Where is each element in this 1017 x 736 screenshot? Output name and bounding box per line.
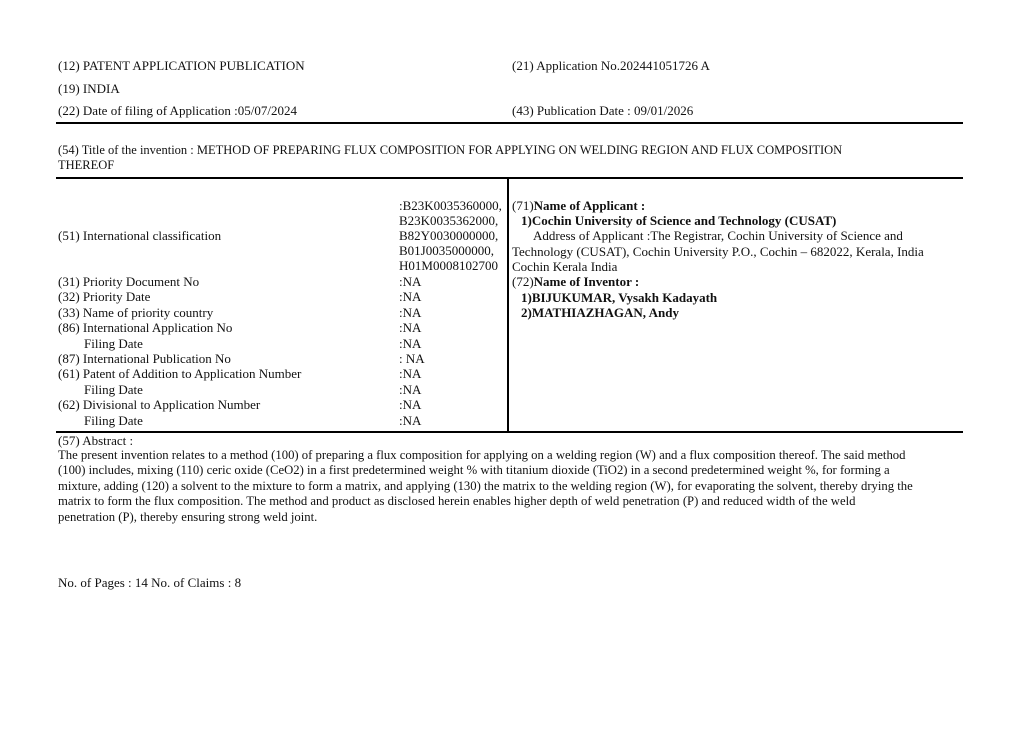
field-value: :NA bbox=[399, 336, 421, 351]
inventor-name: 1)BIJUKUMAR, Vysakh Kadayath bbox=[521, 290, 717, 305]
header-divider bbox=[56, 122, 963, 124]
publication-type: (12) PATENT APPLICATION PUBLICATION bbox=[58, 58, 305, 73]
classification-codes: :B23K0035360000, B23K0035362000, B82Y003… bbox=[399, 198, 502, 273]
field-value: :NA bbox=[399, 289, 421, 304]
field-label: (33) Name of priority country bbox=[58, 305, 213, 320]
field-label: (32) Priority Date bbox=[58, 289, 150, 304]
applicant-heading-text: Name of Applicant : bbox=[534, 198, 646, 213]
inventor-heading: (72)Name of Inventor : bbox=[512, 274, 639, 289]
publication-date: (43) Publication Date : 09/01/2026 bbox=[512, 103, 693, 118]
field-value: :NA bbox=[399, 397, 421, 412]
inventor-name: 2)MATHIAZHAGAN, Andy bbox=[521, 305, 679, 320]
field-value: :NA bbox=[399, 382, 421, 397]
field-value: :NA bbox=[399, 413, 421, 428]
field-label: Filing Date bbox=[84, 382, 143, 397]
field-value: :NA bbox=[399, 274, 421, 289]
abstract-label: (57) Abstract : bbox=[58, 433, 133, 448]
applicant-heading: (71)Name of Applicant : bbox=[512, 198, 645, 213]
applicant-code: (71) bbox=[512, 198, 534, 213]
classification-code: B82Y0030000000, bbox=[399, 228, 502, 243]
fields-divider bbox=[56, 431, 963, 433]
classification-code: B01J0035000000, bbox=[399, 243, 502, 258]
filing-date: (22) Date of filing of Application :05/0… bbox=[58, 103, 297, 118]
abstract-line: penetration (P), thereby ensuring strong… bbox=[58, 510, 913, 525]
applicant-address-line3: Cochin Kerala India bbox=[512, 259, 617, 274]
country: (19) INDIA bbox=[58, 81, 120, 96]
invention-title-line2: THEREOF bbox=[58, 158, 114, 173]
inventor-code: (72) bbox=[512, 274, 534, 289]
field-label: (31) Priority Document No bbox=[58, 274, 199, 289]
field-value: :NA bbox=[399, 320, 421, 335]
applicant-name: 1)Cochin University of Science and Techn… bbox=[521, 213, 836, 228]
application-number: (21) Application No.202441051726 A bbox=[512, 58, 710, 73]
classification-code: H01M0008102700 bbox=[399, 258, 502, 273]
field-label: (87) International Publication No bbox=[58, 351, 231, 366]
invention-title-line1: (54) Title of the invention : METHOD OF … bbox=[58, 143, 842, 158]
field-label: (61) Patent of Addition to Application N… bbox=[58, 366, 301, 381]
field-value: : NA bbox=[399, 351, 425, 366]
classification-code: B23K0035362000, bbox=[399, 213, 502, 228]
abstract-text: The present invention relates to a metho… bbox=[58, 448, 913, 525]
classification-code: :B23K0035360000, bbox=[399, 198, 502, 213]
field-label: (62) Divisional to Application Number bbox=[58, 397, 260, 412]
applicant-address-line1: Address of Applicant :The Registrar, Coc… bbox=[533, 228, 903, 243]
abstract-line: (100) includes, mixing (110) ceric oxide… bbox=[58, 463, 913, 478]
field-value: :NA bbox=[399, 305, 421, 320]
field-label: Filing Date bbox=[84, 336, 143, 351]
abstract-line: mixture, adding (120) a solvent to the m… bbox=[58, 479, 913, 494]
field-value: :NA bbox=[399, 366, 421, 381]
classification-label: (51) International classification bbox=[58, 228, 221, 243]
abstract-line: matrix to form the flux composition. The… bbox=[58, 494, 913, 509]
abstract-line: The present invention relates to a metho… bbox=[58, 448, 913, 463]
pages-claims: No. of Pages : 14 No. of Claims : 8 bbox=[58, 575, 241, 590]
column-divider bbox=[507, 179, 509, 432]
field-label: (86) International Application No bbox=[58, 320, 232, 335]
applicant-address-line2: Technology (CUSAT), Cochin University P.… bbox=[512, 244, 924, 259]
inventor-heading-text: Name of Inventor : bbox=[534, 274, 640, 289]
field-label: Filing Date bbox=[84, 413, 143, 428]
title-divider bbox=[56, 177, 963, 179]
